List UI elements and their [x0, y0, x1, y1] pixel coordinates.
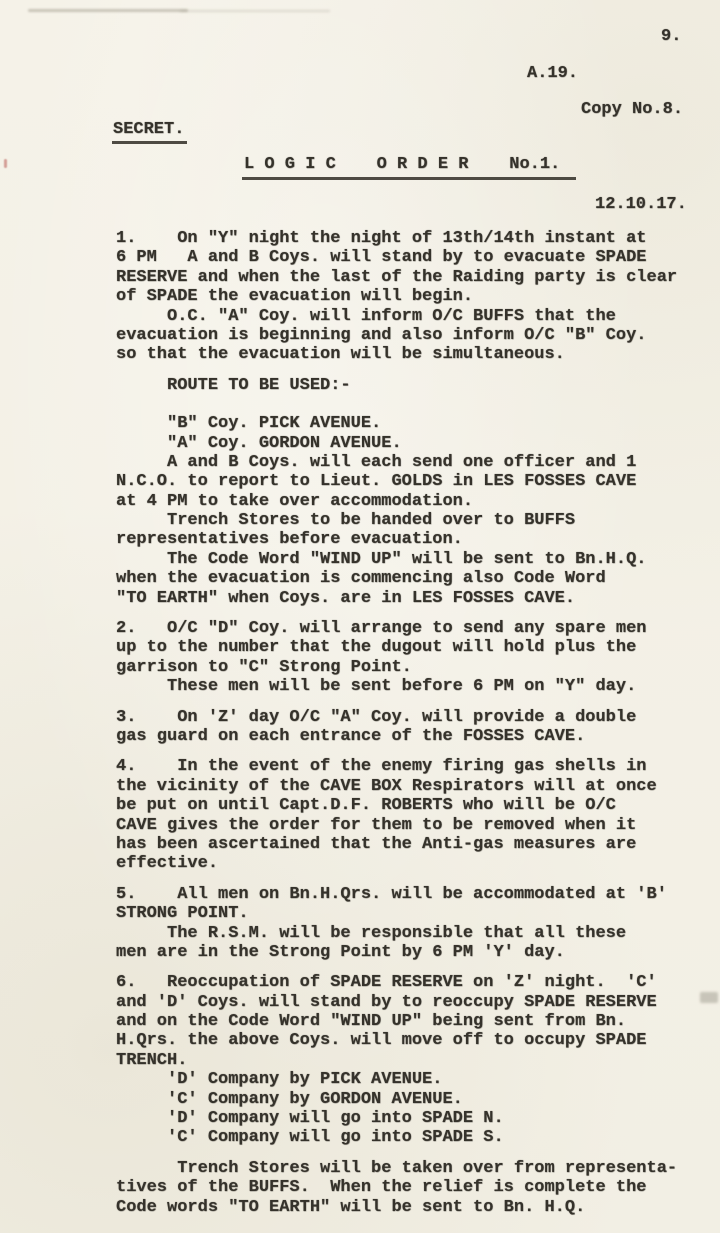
- para-2: 2. O/C "D" Coy. will arrange to send any…: [116, 619, 702, 697]
- text-line: 5. All men on Bn.H.Qrs. will be accommod…: [116, 885, 702, 904]
- text-line: "TO EARTH" when Coys. are in LES FOSSES …: [116, 589, 702, 608]
- reference-number: A.19.: [527, 64, 578, 83]
- text-line: effective.: [116, 854, 702, 873]
- text-line: and on the Code Word "WIND UP" being sen…: [116, 1012, 702, 1031]
- text-line: ROUTE TO BE USED:-: [116, 376, 702, 395]
- scan-smudge: [28, 9, 188, 12]
- text-line: 'D' Company by PICK AVENUE.: [116, 1070, 702, 1089]
- text-line: men are in the Strong Point by 6 PM 'Y' …: [116, 943, 702, 962]
- text-line: 1. On "Y" night the night of 13th/14th i…: [116, 229, 702, 248]
- page-number: 9.: [661, 27, 681, 46]
- text-line: and 'D' Coys. will stand by to reoccupy …: [116, 993, 702, 1012]
- text-line: "B" Coy. PICK AVENUE.: [116, 414, 702, 433]
- para-4: 4. In the event of the enemy firing gas …: [116, 757, 702, 873]
- text-line: 6 PM A and B Coys. will stand by to evac…: [116, 248, 702, 267]
- para-6: 6. Reoccupation of SPADE RESERVE on 'Z' …: [116, 973, 702, 1148]
- closing: Trench Stores will be taken over from re…: [116, 1159, 702, 1217]
- route-details: "B" Coy. PICK AVENUE. "A" Coy. GORDON AV…: [116, 414, 702, 608]
- document-page: 9. A.19. Copy No.8. SECRET. L O G I C O …: [0, 0, 720, 1233]
- text-line: A and B Coys. will each send one officer…: [116, 453, 702, 472]
- text-line: 2. O/C "D" Coy. will arrange to send any…: [116, 619, 702, 638]
- text-line: has been ascertained that the Anti-gas m…: [116, 835, 702, 854]
- text-line: The Code Word "WIND UP" will be sent to …: [116, 550, 702, 569]
- route-heading: ROUTE TO BE USED:-: [116, 376, 702, 395]
- text-line: N.C.O. to report to Lieut. GOLDS in LES …: [116, 472, 702, 491]
- text-line: gas guard on each entrance of the FOSSES…: [116, 727, 702, 746]
- text-line: O.C. "A" Coy. will inform O/C BUFFS that…: [116, 307, 702, 326]
- text-line: up to the number that the dugout will ho…: [116, 638, 702, 657]
- text-line: at 4 PM to take over accommodation.: [116, 492, 702, 511]
- text-line: TRENCH.: [116, 1051, 702, 1070]
- para-3: 3. On 'Z' day O/C "A" Coy. will provide …: [116, 708, 702, 747]
- text-line: 'D' Company will go into SPADE N.: [116, 1109, 702, 1128]
- ink-ghost-mark: [700, 992, 718, 1003]
- text-line: so that the evacuation will be simultane…: [116, 345, 702, 364]
- text-line: evacuation is beginning and also inform …: [116, 326, 702, 345]
- text-line: be put on until Capt.D.F. ROBERTS who wi…: [116, 796, 702, 815]
- text-line: Trench Stores will be taken over from re…: [116, 1159, 702, 1178]
- text-line: tives of the BUFFS. When the relief is c…: [116, 1178, 702, 1197]
- order-title: L O G I C O R D E R No.1.: [242, 155, 576, 180]
- text-line: the vicinity of the CAVE BOX Respirators…: [116, 777, 702, 796]
- text-line: 3. On 'Z' day O/C "A" Coy. will provide …: [116, 708, 702, 727]
- classification-label: SECRET.: [112, 120, 187, 144]
- order-date: 12.10.17.: [595, 195, 687, 214]
- text-line: 'C' Company by GORDON AVENUE.: [116, 1090, 702, 1109]
- text-line: STRONG POINT.: [116, 904, 702, 923]
- text-line: 4. In the event of the enemy firing gas …: [116, 757, 702, 776]
- text-line: of SPADE the evacuation will begin.: [116, 287, 702, 306]
- text-line: 'C' Company will go into SPADE S.: [116, 1128, 702, 1147]
- text-line: CAVE gives the order for them to be remo…: [116, 816, 702, 835]
- text-line: Code words "TO EARTH" will be sent to Bn…: [116, 1198, 702, 1217]
- copy-number: Copy No.8.: [581, 100, 683, 119]
- text-line: Trench Stores to be handed over to BUFFS: [116, 511, 702, 530]
- text-line: RESERVE and when the last of the Raiding…: [116, 268, 702, 287]
- scan-speck: [4, 159, 7, 168]
- text-line: when the evacuation is commencing also C…: [116, 569, 702, 588]
- text-line: representatives before evacuation.: [116, 530, 702, 549]
- text-line: These men will be sent before 6 PM on "Y…: [116, 677, 702, 696]
- order-body: 1. On "Y" night the night of 13th/14th i…: [116, 229, 702, 1228]
- text-line: 6. Reoccupation of SPADE RESERVE on 'Z' …: [116, 973, 702, 992]
- para-1: 1. On "Y" night the night of 13th/14th i…: [116, 229, 702, 365]
- text-line: "A" Coy. GORDON AVENUE.: [116, 434, 702, 453]
- text-line: H.Qrs. the above Coys. will move off to …: [116, 1031, 702, 1050]
- text-line: The R.S.M. will be responsible that all …: [116, 924, 702, 943]
- para-5: 5. All men on Bn.H.Qrs. will be accommod…: [116, 885, 702, 963]
- scan-smudge: [180, 10, 330, 12]
- text-line: garrison to "C" Strong Point.: [116, 658, 702, 677]
